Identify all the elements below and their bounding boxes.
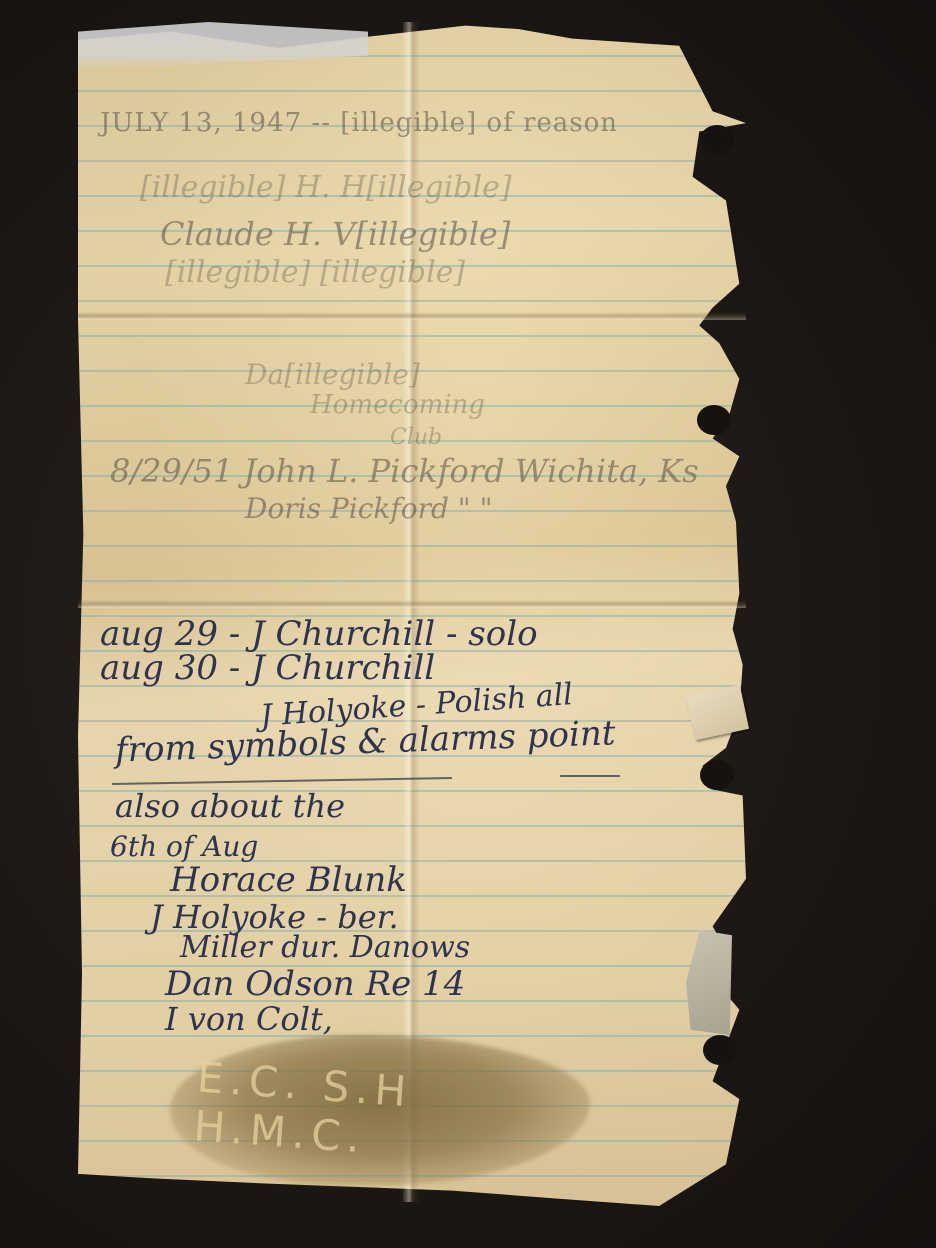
note-line: Miller dur. Danows xyxy=(180,930,470,965)
note-line: Homecoming xyxy=(310,390,485,420)
torn-hole xyxy=(697,405,731,435)
torn-hole xyxy=(700,760,734,790)
torn-hole xyxy=(700,125,734,155)
note-line: Dan Odson Re 14 xyxy=(165,964,465,1004)
note-line: [illegible] [illegible] xyxy=(165,255,465,290)
note-line: Horace Blunk xyxy=(170,860,407,900)
note-line: Da[illegible] xyxy=(245,358,420,391)
note-line: aug 30 - J Churchill xyxy=(100,648,435,688)
underline-rule xyxy=(560,775,620,777)
note-line: [illegible] H. H[illegible] xyxy=(140,170,512,205)
note-line: JULY 13, 1947 -- [illegible] of reason xyxy=(100,108,618,138)
note-line: I von Colt, xyxy=(165,1000,333,1038)
horizontal-crease xyxy=(78,312,746,320)
note-line: Doris Pickford " " xyxy=(245,492,492,525)
note-line: also about the xyxy=(115,787,345,825)
note-line: Club xyxy=(390,425,442,450)
torn-hole xyxy=(703,1035,737,1065)
note-line: Claude H. V[illegible] xyxy=(160,215,510,253)
horizontal-crease xyxy=(78,600,746,608)
folded-tab xyxy=(686,685,749,740)
photograph: JULY 13, 1947 -- [illegible] of reason [… xyxy=(0,0,936,1248)
note-line: 6th of Aug xyxy=(110,830,258,863)
note-line: 8/29/51 John L. Pickford Wichita, Ks xyxy=(110,452,699,490)
